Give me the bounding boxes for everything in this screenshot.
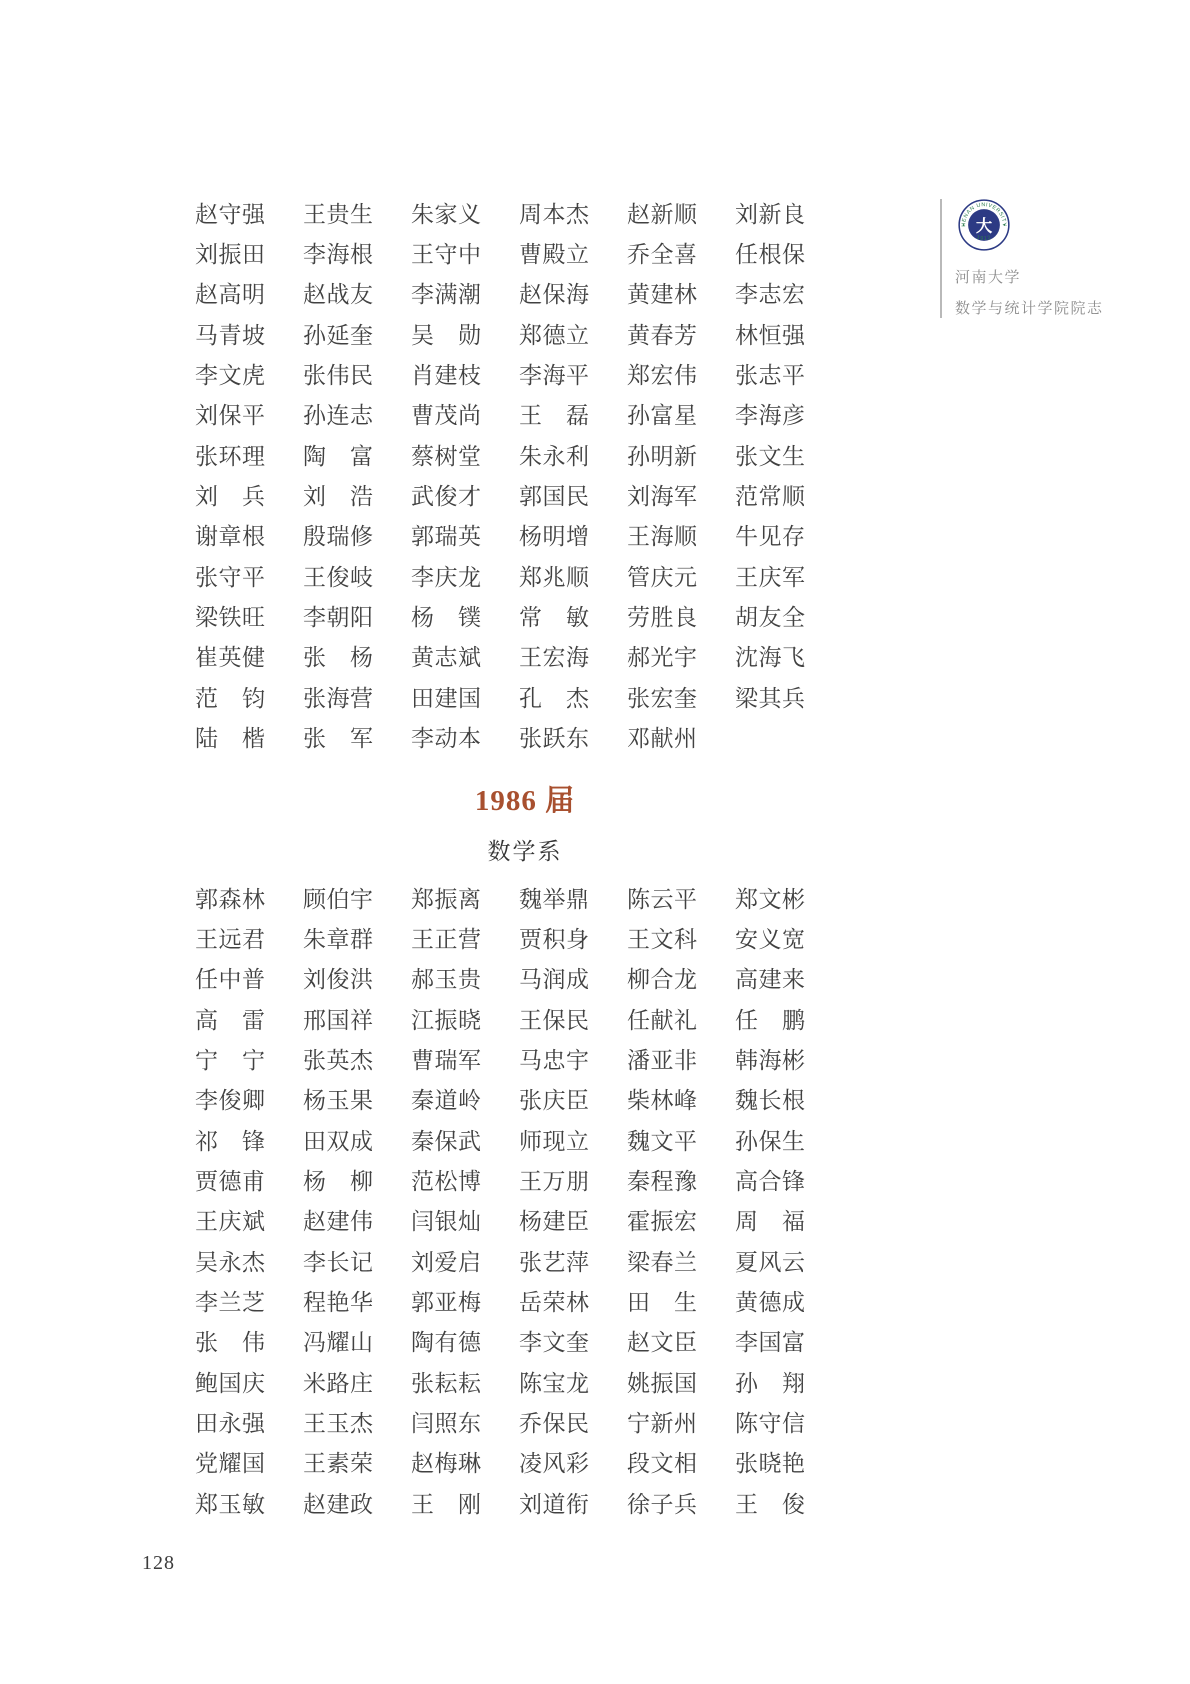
student-name: 马润成 xyxy=(519,958,627,998)
student-name: 刘海军 xyxy=(627,474,735,514)
student-name: 秦道岭 xyxy=(411,1079,519,1119)
student-name: 马青坡 xyxy=(195,313,303,353)
student-name: 孔 杰 xyxy=(519,676,627,716)
student-name: 刘道衔 xyxy=(519,1482,627,1522)
student-name: 王海顺 xyxy=(627,515,735,555)
student-name: 孙 翔 xyxy=(735,1361,843,1401)
student-name: 郑文彬 xyxy=(735,877,843,917)
student-name: 冯耀山 xyxy=(303,1321,411,1361)
student-name: 李国富 xyxy=(735,1321,843,1361)
student-name: 李朝阳 xyxy=(303,595,411,635)
student-name: 李海彦 xyxy=(735,394,843,434)
student-name: 郭亚梅 xyxy=(411,1280,519,1320)
student-name: 李长记 xyxy=(303,1240,411,1280)
student-name: 秦保武 xyxy=(411,1119,519,1159)
student-name: 乔保民 xyxy=(519,1401,627,1441)
student-name: 孙延奎 xyxy=(303,313,411,353)
university-name: 河南大学 xyxy=(955,271,1104,286)
student-name: 霍振宏 xyxy=(627,1200,735,1240)
student-name: 安义宽 xyxy=(735,917,843,957)
student-name: 赵文臣 xyxy=(627,1321,735,1361)
sidebar: HENAN UNIVERSITY 1912 大 河南大学 数学与统计学院院志 xyxy=(940,199,1104,318)
student-name: 赵战友 xyxy=(303,273,411,313)
student-name: 赵建政 xyxy=(303,1482,411,1522)
student-name: 田永强 xyxy=(195,1401,303,1441)
student-name: 任献礼 xyxy=(627,998,735,1038)
student-name: 刘俊洪 xyxy=(303,958,411,998)
student-name: 范松博 xyxy=(411,1159,519,1199)
student-name: 郭瑞英 xyxy=(411,515,519,555)
student-name: 柳合龙 xyxy=(627,958,735,998)
student-name: 张守平 xyxy=(195,555,303,595)
student-name: 曹茂尚 xyxy=(411,394,519,434)
student-name: 王庆斌 xyxy=(195,1200,303,1240)
student-name: 邢国祥 xyxy=(303,998,411,1038)
student-name: 黄志斌 xyxy=(411,636,519,676)
student-name: 张宏奎 xyxy=(627,676,735,716)
student-name: 柴林峰 xyxy=(627,1079,735,1119)
student-name: 陈守信 xyxy=(735,1401,843,1441)
student-name: 范常顺 xyxy=(735,474,843,514)
student-name: 武俊才 xyxy=(411,474,519,514)
student-name: 赵高明 xyxy=(195,273,303,313)
student-name: 魏举鼎 xyxy=(519,877,627,917)
student-name: 高合锋 xyxy=(735,1159,843,1199)
student-name: 陶有德 xyxy=(411,1321,519,1361)
student-name: 贾德甫 xyxy=(195,1159,303,1199)
student-name: 王 刚 xyxy=(411,1482,519,1522)
student-name: 赵新顺 xyxy=(627,192,735,232)
student-name: 徐子兵 xyxy=(627,1482,735,1522)
student-name: 郑玉敏 xyxy=(195,1482,303,1522)
student-name: 刘 浩 xyxy=(303,474,411,514)
student-name: 姚振国 xyxy=(627,1361,735,1401)
student-name: 梁春兰 xyxy=(627,1240,735,1280)
student-name: 王文科 xyxy=(627,917,735,957)
student-name: 魏长根 xyxy=(735,1079,843,1119)
student-name: 胡友全 xyxy=(735,595,843,635)
student-name: 邓献州 xyxy=(627,716,735,756)
student-name: 杨 柳 xyxy=(303,1159,411,1199)
student-name: 管庆元 xyxy=(627,555,735,595)
student-name: 王正营 xyxy=(411,917,519,957)
student-name: 王万朋 xyxy=(519,1159,627,1199)
student-name: 岳荣林 xyxy=(519,1280,627,1320)
student-name: 张伟民 xyxy=(303,353,411,393)
student-name: 任中普 xyxy=(195,958,303,998)
student-name: 李文奎 xyxy=(519,1321,627,1361)
student-name: 刘振田 xyxy=(195,232,303,272)
student-name: 王 磊 xyxy=(519,394,627,434)
student-name: 张英杰 xyxy=(303,1038,411,1078)
student-name: 李海根 xyxy=(303,232,411,272)
student-name: 赵守强 xyxy=(195,192,303,232)
student-name: 贾积身 xyxy=(519,917,627,957)
roster-top-names: 赵守强王贵生朱家义周本杰赵新顺刘新良刘振田李海根王守中曹殿立乔全喜任根保赵高明赵… xyxy=(195,192,855,757)
student-name: 陆 楷 xyxy=(195,716,303,756)
student-name: 朱永利 xyxy=(519,434,627,474)
student-name: 刘爱启 xyxy=(411,1240,519,1280)
student-name: 张 杨 xyxy=(303,636,411,676)
student-name: 秦程豫 xyxy=(627,1159,735,1199)
student-name: 孙连志 xyxy=(303,394,411,434)
student-name: 崔英健 xyxy=(195,636,303,676)
student-name: 鲍国庆 xyxy=(195,1361,303,1401)
student-name: 谢章根 xyxy=(195,515,303,555)
department-heading: 数学系 xyxy=(195,833,855,866)
student-name: 马忠宇 xyxy=(519,1038,627,1078)
student-name: 张志平 xyxy=(735,353,843,393)
student-name: 曹殿立 xyxy=(519,232,627,272)
student-name: 程艳华 xyxy=(303,1280,411,1320)
student-name: 王宏海 xyxy=(519,636,627,676)
student-name: 任 鹏 xyxy=(735,998,843,1038)
student-name: 张艺萍 xyxy=(519,1240,627,1280)
student-name: 郑兆顺 xyxy=(519,555,627,595)
student-name: 殷瑞修 xyxy=(303,515,411,555)
student-name: 刘新良 xyxy=(735,192,843,232)
student-name: 蔡树堂 xyxy=(411,434,519,474)
student-name: 王庆军 xyxy=(735,555,843,595)
year-heading: 1986 届 xyxy=(195,778,855,819)
student-name: 王远君 xyxy=(195,917,303,957)
student-name: 王素荣 xyxy=(303,1442,411,1482)
student-name: 赵梅琳 xyxy=(411,1442,519,1482)
roster-math-names: 郭森林顾伯宇郑振离魏举鼎陈云平郑文彬王远君朱章群王正营贾积身王文科安义宽任中普刘… xyxy=(195,877,855,1522)
student-name: 闫照东 xyxy=(411,1401,519,1441)
student-name: 李庆龙 xyxy=(411,555,519,595)
student-name: 周 福 xyxy=(735,1200,843,1240)
student-name: 党耀国 xyxy=(195,1442,303,1482)
student-name: 张跃东 xyxy=(519,716,627,756)
student-name: 郑振离 xyxy=(411,877,519,917)
student-name: 孙富星 xyxy=(627,394,735,434)
student-name: 王 俊 xyxy=(735,1482,843,1522)
student-name: 梁其兵 xyxy=(735,676,843,716)
student-name: 张庆臣 xyxy=(519,1079,627,1119)
student-name: 牛见存 xyxy=(735,515,843,555)
student-name: 劳胜良 xyxy=(627,595,735,635)
student-name: 朱家义 xyxy=(411,192,519,232)
student-name: 师现立 xyxy=(519,1119,627,1159)
student-name: 闫银灿 xyxy=(411,1200,519,1240)
student-name: 李文虎 xyxy=(195,353,303,393)
student-name: 李兰芝 xyxy=(195,1280,303,1320)
student-name: 夏风云 xyxy=(735,1240,843,1280)
student-name: 张海营 xyxy=(303,676,411,716)
student-name: 高 雷 xyxy=(195,998,303,1038)
student-name: 黄春芳 xyxy=(627,313,735,353)
student-name: 李满潮 xyxy=(411,273,519,313)
student-name: 孙保生 xyxy=(735,1119,843,1159)
student-name: 米路庄 xyxy=(303,1361,411,1401)
student-name: 张文生 xyxy=(735,434,843,474)
student-name: 潘亚非 xyxy=(627,1038,735,1078)
university-logo-icon: HENAN UNIVERSITY 1912 大 xyxy=(958,199,1010,251)
student-name: 赵建伟 xyxy=(303,1200,411,1240)
student-name: 郭森林 xyxy=(195,877,303,917)
logo-center-glyph: 大 xyxy=(976,216,993,235)
student-name: 李志宏 xyxy=(735,273,843,313)
student-name: 陶 富 xyxy=(303,434,411,474)
student-name: 赵保海 xyxy=(519,273,627,313)
student-name: 陈云平 xyxy=(627,877,735,917)
student-name: 吴永杰 xyxy=(195,1240,303,1280)
student-name: 郑宏伟 xyxy=(627,353,735,393)
volume-title: 数学与统计学院院志 xyxy=(955,302,1104,317)
student-name: 乔全喜 xyxy=(627,232,735,272)
student-name: 郝光宇 xyxy=(627,636,735,676)
student-name: 张环理 xyxy=(195,434,303,474)
student-name: 魏文平 xyxy=(627,1119,735,1159)
student-name: 郭国民 xyxy=(519,474,627,514)
student-name: 杨玉果 xyxy=(303,1079,411,1119)
student-name: 李动本 xyxy=(411,716,519,756)
student-name: 梁铁旺 xyxy=(195,595,303,635)
student-name: 沈海飞 xyxy=(735,636,843,676)
student-name: 张 伟 xyxy=(195,1321,303,1361)
student-name: 吴 勋 xyxy=(411,313,519,353)
student-name: 刘 兵 xyxy=(195,474,303,514)
student-name: 刘保平 xyxy=(195,394,303,434)
student-name: 范 钧 xyxy=(195,676,303,716)
student-name: 常 敏 xyxy=(519,595,627,635)
student-name: 黄建林 xyxy=(627,273,735,313)
student-name: 祁 锋 xyxy=(195,1119,303,1159)
student-name: 张耘耘 xyxy=(411,1361,519,1401)
student-name: 任根保 xyxy=(735,232,843,272)
page-number: 128 xyxy=(142,1552,175,1575)
student-name: 王俊岐 xyxy=(303,555,411,595)
student-name: 黄德成 xyxy=(735,1280,843,1320)
student-name: 肖建枝 xyxy=(411,353,519,393)
student-name: 曹瑞军 xyxy=(411,1038,519,1078)
student-name: 李海平 xyxy=(519,353,627,393)
student-name: 王保民 xyxy=(519,998,627,1038)
student-name: 段文相 xyxy=(627,1442,735,1482)
student-name: 田 生 xyxy=(627,1280,735,1320)
student-name: 杨明增 xyxy=(519,515,627,555)
student-name: 田建国 xyxy=(411,676,519,716)
student-name: 郑德立 xyxy=(519,313,627,353)
student-name: 高建来 xyxy=(735,958,843,998)
student-name: 张 军 xyxy=(303,716,411,756)
student-name: 顾伯宇 xyxy=(303,877,411,917)
student-name: 杨建臣 xyxy=(519,1200,627,1240)
student-name: 杨 镤 xyxy=(411,595,519,635)
student-name: 韩海彬 xyxy=(735,1038,843,1078)
student-name: 李俊卿 xyxy=(195,1079,303,1119)
student-name: 江振晓 xyxy=(411,998,519,1038)
student-name: 田双成 xyxy=(303,1119,411,1159)
student-name: 林恒强 xyxy=(735,313,843,353)
student-name: 宁 宁 xyxy=(195,1038,303,1078)
student-name: 郝玉贵 xyxy=(411,958,519,998)
student-name: 朱章群 xyxy=(303,917,411,957)
student-name: 王贵生 xyxy=(303,192,411,232)
student-name: 王守中 xyxy=(411,232,519,272)
student-name: 孙明新 xyxy=(627,434,735,474)
student-name: 张晓艳 xyxy=(735,1442,843,1482)
student-name: 宁新州 xyxy=(627,1401,735,1441)
student-name: 王玉杰 xyxy=(303,1401,411,1441)
student-name: 陈宝龙 xyxy=(519,1361,627,1401)
student-name: 凌风彩 xyxy=(519,1442,627,1482)
student-name: 周本杰 xyxy=(519,192,627,232)
